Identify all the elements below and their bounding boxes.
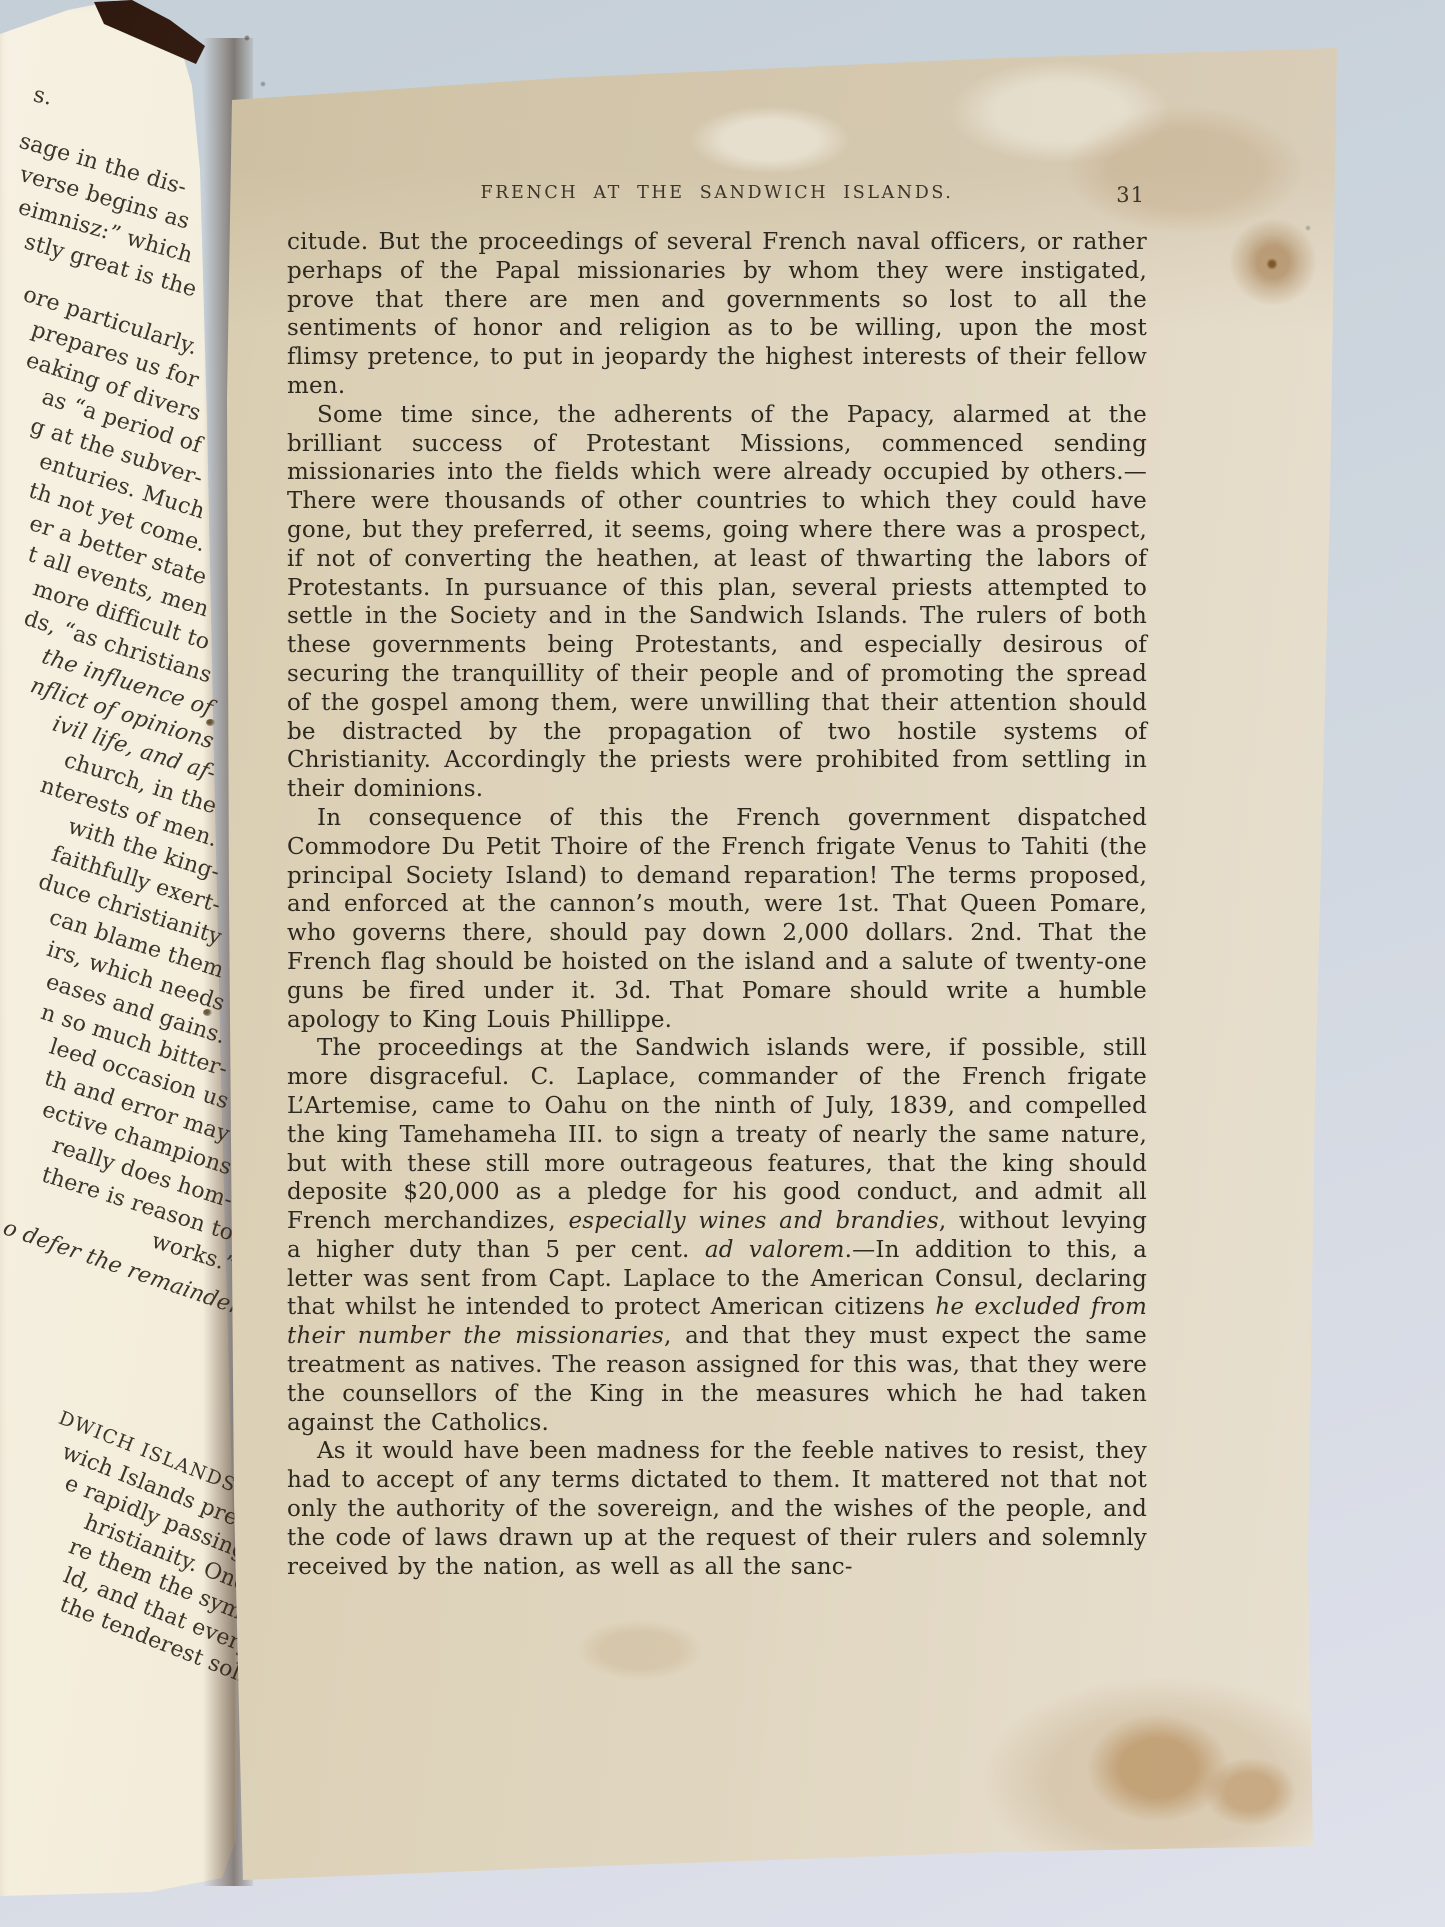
right-page-text: FRENCH AT THE SANDWICH ISLANDS. 31 citud…: [287, 183, 1147, 1581]
running-header-title: FRENCH AT THE SANDWICH ISLANDS.: [287, 183, 1147, 203]
page-number: 31: [1116, 183, 1145, 207]
body-paragraph: The proceedings at the Sandwich islands …: [287, 1034, 1147, 1437]
body-paragraph: Some time since, the adherents of the Pa…: [287, 401, 1147, 804]
body-paragraph: In consequence of this the French govern…: [287, 804, 1147, 1034]
body-text: citude. But the proceedings of several F…: [287, 228, 1147, 1581]
body-paragraph: citude. But the proceedings of several F…: [287, 228, 1147, 401]
body-paragraph: As it would have been madness for the fe…: [287, 1437, 1147, 1581]
running-header: FRENCH AT THE SANDWICH ISLANDS. 31: [287, 183, 1147, 213]
book-photo: s.sage in the dis-verse begins aseimnisz…: [0, 0, 1445, 1927]
